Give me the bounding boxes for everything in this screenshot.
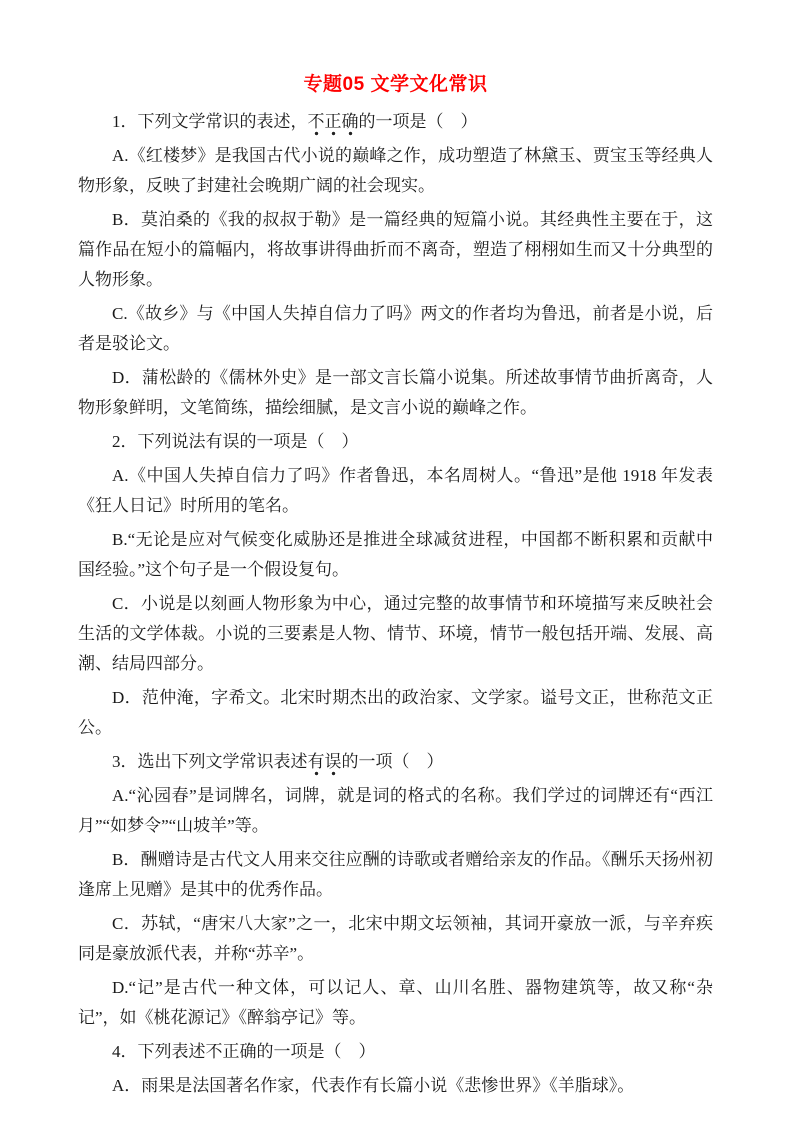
question-1-stem: 1．下列文学常识的表述，不正确的一项是（ ） (78, 107, 713, 137)
question-1: 1．下列文学常识的表述，不正确的一项是（ ） A.《红楼梦》是我国古代小说的巅峰… (78, 107, 713, 423)
stem-text: 的一项是（ ） (359, 112, 478, 131)
question-1-option-b: B．莫泊桑的《我的叔叔于勒》是一篇经典的短篇小说。其经典性主要在于，这篇作品在短… (78, 205, 713, 295)
document-content: 专题05 文学文化常识 1．下列文学常识的表述，不正确的一项是（ ） A.《红楼… (0, 0, 793, 1101)
stem-emphasized-text: 不正确 (308, 112, 359, 136)
question-3-option-c: C．苏轼，“唐宋八大家”之一，北宋中期文坛领袖，其词开豪放一派，与辛弃疾同是豪放… (78, 909, 713, 969)
question-4-stem: 4．下列表述不正确的一项是（ ） (78, 1037, 713, 1067)
question-3-option-d: D.“记”是古代一种文体，可以记人、章、山川名胜、器物建筑等，故又称“杂记”，如… (78, 973, 713, 1033)
question-2-option-d: D．范仲淹，字希文。北宋时期杰出的政治家、文学家。谥号文正，世称范文正公。 (78, 683, 713, 743)
question-2-option-a: A.《中国人失掉自信力了吗》作者鲁迅，本名周树人。“鲁迅”是他 1918 年发表… (78, 461, 713, 521)
stem-text: 4．下列表述不正确的一项是（ ） (112, 1042, 376, 1061)
stem-text: 3．选出下列文学常识表述 (112, 752, 308, 771)
question-3-stem: 3．选出下列文学常识表述有误的一项（ ） (78, 747, 713, 777)
question-1-option-a: A.《红楼梦》是我国古代小说的巅峰之作，成功塑造了林黛玉、贾宝玉等经典人物形象，… (78, 141, 713, 201)
stem-text: 2．下列说法有误的一项是（ ） (112, 432, 359, 451)
stem-text: 的一项（ ） (342, 752, 444, 771)
question-3-option-a: A.“沁园春”是词牌名，词牌，就是词的格式的名称。我们学过的词牌还有“西江月”“… (78, 781, 713, 841)
document-title: 专题05 文学文化常识 (78, 72, 713, 98)
question-2-stem: 2．下列说法有误的一项是（ ） (78, 427, 713, 457)
question-4: 4．下列表述不正确的一项是（ ） A．雨果是法国著名作家，代表作有长篇小说《悲惨… (78, 1037, 713, 1101)
stem-emphasized-text: 有误 (308, 752, 342, 776)
question-2-option-b: B.“无论是应对气候变化威胁还是推进全球减贫进程，中国都不断积累和贡献中国经验。… (78, 525, 713, 585)
question-1-option-d: D．蒲松龄的《儒林外史》是一部文言长篇小说集。所述故事情节曲折离奇，人物形象鲜明… (78, 363, 713, 423)
question-2: 2．下列说法有误的一项是（ ） A.《中国人失掉自信力了吗》作者鲁迅，本名周树人… (78, 427, 713, 743)
document-page: 专题05 文学文化常识 1．下列文学常识的表述，不正确的一项是（ ） A.《红楼… (0, 0, 793, 1122)
question-3-option-b: B．酬赠诗是古代文人用来交往应酬的诗歌或者赠给亲友的作品。《酬乐天扬州初逢席上见… (78, 845, 713, 905)
question-4-option-a: A．雨果是法国著名作家，代表作有长篇小说《悲惨世界》《羊脂球》。 (78, 1071, 713, 1101)
question-2-option-c: C．小说是以刻画人物形象为中心，通过完整的故事情节和环境描写来反映社会生活的文学… (78, 589, 713, 679)
stem-text: 1．下列文学常识的表述， (112, 112, 308, 131)
question-3: 3．选出下列文学常识表述有误的一项（ ） A.“沁园春”是词牌名，词牌，就是词的… (78, 747, 713, 1033)
question-1-option-c: C.《故乡》与《中国人失掉自信力了吗》两文的作者均为鲁迅，前者是小说，后者是驳论… (78, 299, 713, 359)
